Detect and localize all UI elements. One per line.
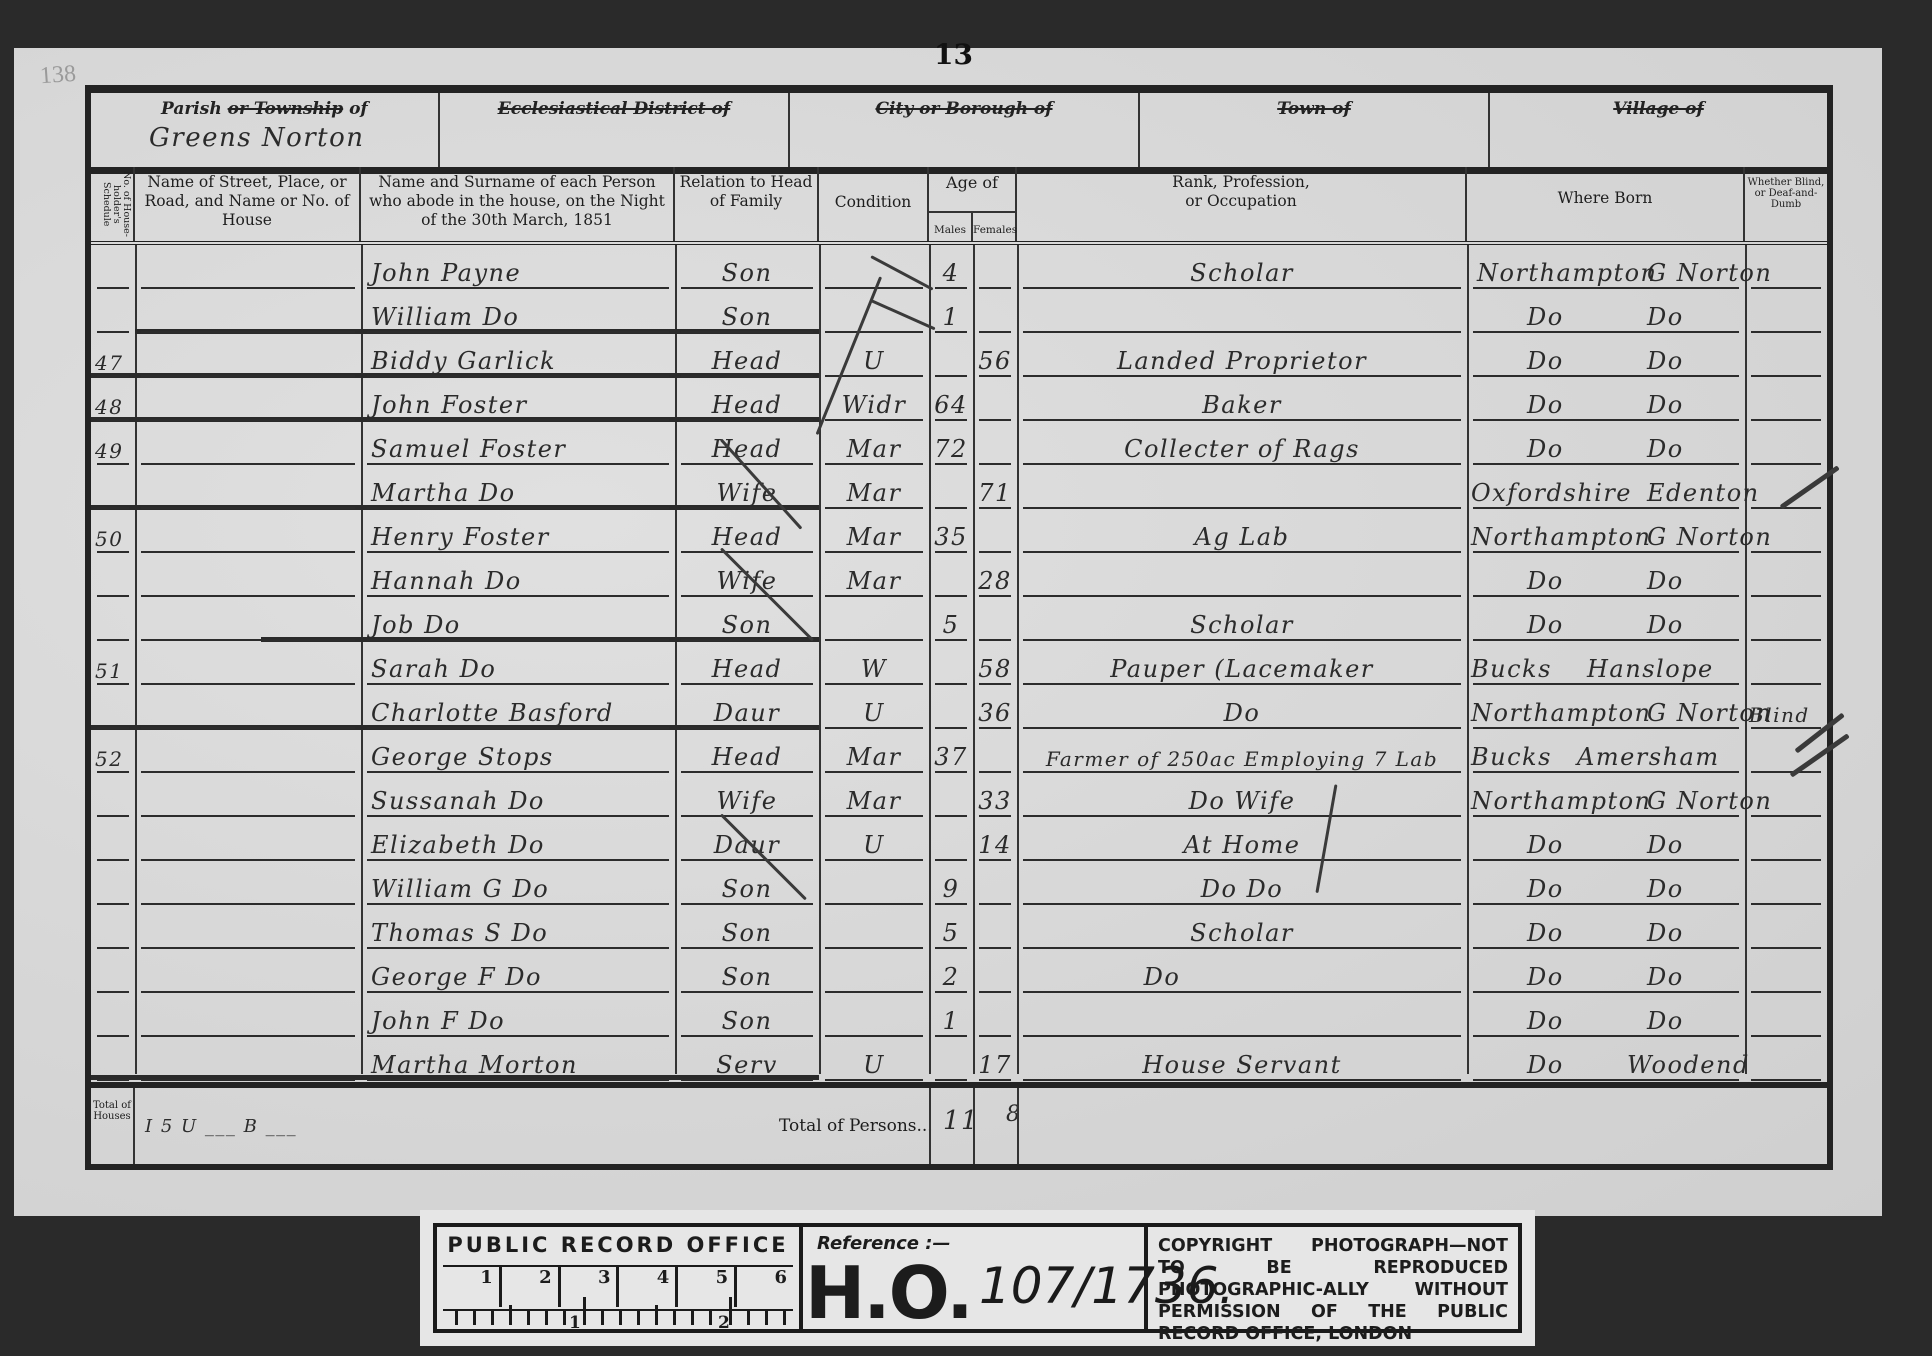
town-label: Town of <box>1140 99 1488 119</box>
header-relation: Relation to Head of Family <box>675 167 819 241</box>
table-row: George F Do Son 2 Do DoDo <box>91 953 1827 997</box>
header-street: Name of Street, Place, or Road, and Name… <box>135 167 361 241</box>
folio-number: 13 <box>934 38 973 71</box>
table-row: Hannah Do Wife Mar 28 DoDo <box>91 557 1827 601</box>
total-houses-value: I 5 U ___ B ___ <box>145 1116 297 1137</box>
person-name: Samuel Foster <box>371 435 566 463</box>
header-where-born: Where Born <box>1467 167 1745 241</box>
person-name: George F Do <box>371 963 542 991</box>
person-name: William Do <box>371 303 519 331</box>
person-name: Elizabeth Do <box>371 831 545 859</box>
measurement-ruler: PUBLIC RECORD OFFICE 1 2 3 4 5 6 1 2 <box>437 1227 803 1329</box>
table-row: Job Do Son 5 Scholar DoDo <box>91 601 1827 645</box>
person-name: Martha Morton <box>371 1051 578 1079</box>
public-record-office-strip: PUBLIC RECORD OFFICE 1 2 3 4 5 6 1 2 <box>420 1210 1535 1346</box>
totals-row: Total of Houses I 5 U ___ B ___ Total of… <box>91 1082 1827 1164</box>
table-row: Charlotte Basford Daur U 36 Do Northampt… <box>91 689 1827 733</box>
person-name: George Stops <box>371 743 554 771</box>
header-age-males: Males <box>929 211 973 241</box>
town-cell: Town of <box>1140 93 1490 167</box>
ruler-inches: 1 2 3 4 5 6 <box>443 1265 793 1307</box>
header-age-label: Age of <box>929 173 1015 192</box>
person-name: John Foster <box>371 391 528 419</box>
reference-prefix: H.O. <box>805 1253 972 1333</box>
total-females: 8 <box>1006 1102 1022 1127</box>
table-row: Thomas S Do Son 5 Scholar DoDo <box>91 909 1827 953</box>
ecclesiastical-label: Ecclesiastical District of <box>440 99 788 119</box>
person-name: Biddy Garlick <box>371 347 556 375</box>
table-row: John Payne Son 4 Scholar Northampton G N… <box>91 249 1827 293</box>
person-name: John F Do <box>371 1007 505 1035</box>
census-form: Parish or Township of Greens Norton Eccl… <box>85 85 1833 1170</box>
header-name: Name and Surname of each Person who abod… <box>361 167 675 241</box>
ruler-cm: 1 2 <box>443 1309 793 1325</box>
table-row: Martha Morton Serv U 17 House Servant Do… <box>91 1041 1827 1085</box>
person-name: Henry Foster <box>371 523 550 551</box>
header-age: Age of Males Females <box>929 167 1017 241</box>
city-label: City or Borough of <box>790 99 1138 119</box>
person-name: Sussanah Do <box>371 787 545 815</box>
table-row: 52 George Stops Head Mar 37 Farmer of 25… <box>91 733 1827 777</box>
reference-block: Reference :— H.O. 107/1736. <box>803 1227 1153 1329</box>
column-headers: No. of House-holder's Schedule Name of S… <box>91 167 1827 245</box>
person-name: Charlotte Basford <box>371 699 614 727</box>
table-row: William G Do Son 9 Do Do DoDo <box>91 865 1827 909</box>
location-header: Parish or Township of Greens Norton Eccl… <box>91 93 1827 174</box>
header-occupation: Rank, Profession, or Occupation <box>1017 167 1467 241</box>
infirmity-blind: Blind <box>1749 703 1810 727</box>
person-name: Thomas S Do <box>371 919 548 947</box>
parish-value: Greens Norton <box>149 123 365 153</box>
person-name: Martha Do <box>371 479 516 507</box>
header-age-females: Females <box>973 211 1017 241</box>
table-row: John F Do Son 1 DoDo <box>91 997 1827 1041</box>
person-name: Hannah Do <box>371 567 522 595</box>
person-name: Sarah Do <box>371 655 496 683</box>
table-row: Martha Do Wife Mar 71 OxfordshireEdenton <box>91 469 1827 513</box>
table-row: 49 Samuel Foster Head Mar 72 Collecter o… <box>91 425 1827 469</box>
ecclesiastical-cell: Ecclesiastical District of <box>440 93 790 167</box>
total-houses-label: Total of Houses <box>91 1088 135 1164</box>
pro-title: PUBLIC RECORD OFFICE <box>437 1233 799 1257</box>
village-label: Village of <box>1490 99 1827 119</box>
table-row: 47 Biddy Garlick Head U 56 Landed Propri… <box>91 337 1827 381</box>
city-cell: City or Borough of <box>790 93 1140 167</box>
village-cell: Village of <box>1490 93 1827 167</box>
table-row: 50 Henry Foster Head Mar 35 Ag Lab North… <box>91 513 1827 557</box>
header-condition: Condition <box>819 167 929 241</box>
parish-label: Parish or Township of <box>161 99 438 119</box>
table-row: 48 John Foster Head Widr 64 Baker DoDo <box>91 381 1827 425</box>
margin-pencil-note: 138 <box>39 61 77 90</box>
header-schedule-no: No. of House-holder's Schedule <box>91 167 135 241</box>
person-name: John Payne <box>371 259 521 287</box>
header-blind-deaf: Whether Blind, or Deaf-and-Dumb <box>1745 167 1827 241</box>
person-name: Job Do <box>371 611 461 639</box>
copyright-notice: COPYRIGHT PHOTOGRAPH—NOT TO BE REPRODUCE… <box>1144 1223 1522 1333</box>
total-persons-label: Total of Persons... <box>779 1116 933 1136</box>
table-row: Elizabeth Do Daur U 14 At Home DoDo <box>91 821 1827 865</box>
table-row: Sussanah Do Wife Mar 33 Do Wife Northamp… <box>91 777 1827 821</box>
person-name: William G Do <box>371 875 549 903</box>
parish-cell: Parish or Township of Greens Norton <box>91 93 440 167</box>
table-row: 51 Sarah Do Head W 58 Pauper (Lacemaker … <box>91 645 1827 689</box>
table-row: William Do Son 1 DoDo <box>91 293 1827 337</box>
